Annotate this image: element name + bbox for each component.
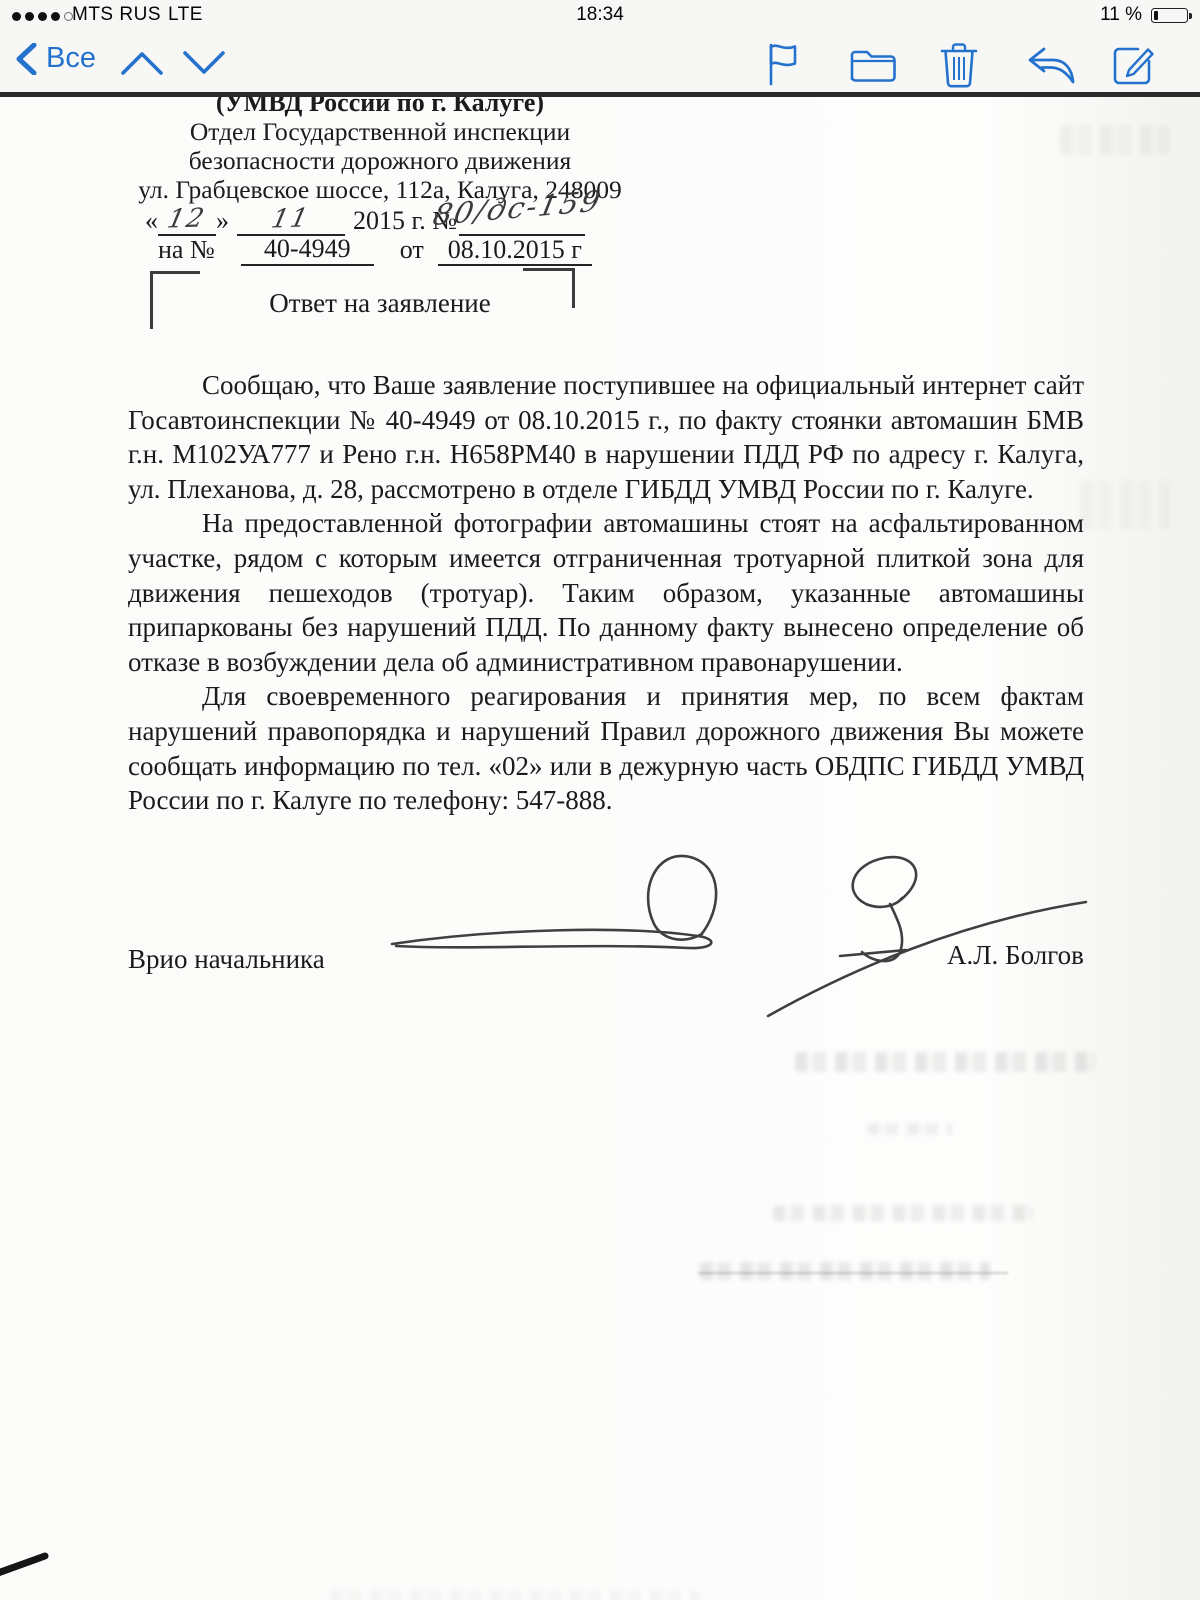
back-button-label: Все [46, 42, 96, 75]
scan-bleed-artifact [330, 1590, 700, 1600]
signer-title: Врио начальника [128, 944, 325, 975]
address-corner-mark-left [150, 271, 200, 329]
folder-icon [850, 48, 897, 83]
flag-icon [766, 42, 800, 86]
compose-button[interactable] [1110, 42, 1156, 88]
back-button[interactable]: Все [16, 42, 96, 75]
chevron-up-icon [120, 50, 164, 76]
email-body-scanned-letter[interactable]: (УМВД России по г. Калуге) Отдел Государ… [0, 92, 1200, 1600]
next-message-button[interactable] [182, 50, 226, 76]
stray-pen-stroke [0, 1547, 60, 1577]
handwritten-month: 11 [269, 203, 313, 234]
flag-button[interactable] [766, 42, 800, 86]
trash-icon [940, 42, 978, 89]
mail-toolbar: Все [0, 30, 1200, 92]
chevron-left-icon [16, 43, 37, 75]
battery-icon [1151, 8, 1188, 23]
reply-button[interactable] [1026, 46, 1076, 86]
previous-message-button[interactable] [120, 50, 164, 76]
status-clock: 18:34 [0, 4, 1200, 26]
handwritten-day: 12 [165, 203, 209, 234]
trash-button[interactable] [940, 42, 978, 89]
scan-bleed-artifact [773, 1205, 1033, 1221]
status-bar: MTS RUS LTE 18:34 11 % [0, 0, 1200, 30]
compose-icon [1110, 42, 1156, 88]
scan-bleed-artifact [700, 1262, 990, 1280]
mail-app-screen: MTS RUS LTE 18:34 11 % Все [0, 0, 1200, 1600]
reply-arrow-icon [1026, 46, 1076, 86]
scan-edge-line [0, 92, 1200, 97]
chevron-down-icon [182, 50, 226, 76]
signature-strokes [350, 92, 1110, 1192]
move-to-folder-button[interactable] [850, 48, 897, 83]
scan-bleed-artifact [698, 1272, 1008, 1274]
battery-percent-label: 11 % [1100, 4, 1142, 26]
